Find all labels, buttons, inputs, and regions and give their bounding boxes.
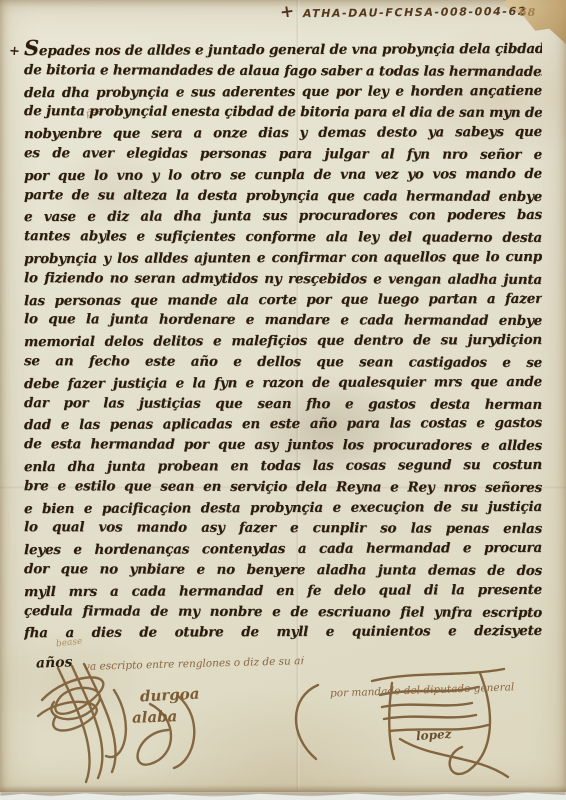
manuscript-scan: + ATHA-DAU-FCHSA-008-004-62 68 + p̃se be… [0,0,566,800]
manuscript-line: de bitoria e hermandades de alaua fago s… [24,60,542,83]
folio-number: 68 [519,6,536,19]
manuscript-line: probynçia y los alldes ajunten e confirm… [24,247,542,270]
archival-reference-code: ATHA-DAU-FCHSA-008-004-62 [303,5,527,20]
manuscript-line: las personas que mande ala corte por que… [24,288,542,311]
signature-left-word-2: alaba [132,707,178,727]
signature-left-word-1: durgoa [140,684,200,705]
manuscript-line: de esta hermandad por que asy juntos los… [24,434,542,457]
cross-mark-icon: + [279,1,296,23]
manuscript-line: parte de su alteza la desta probynçia qu… [24,185,542,208]
manuscript-line: myll mrs a cada hermandad en fe delo qua… [24,580,542,603]
manuscript-line: çedula firmada de my nonbre e de escriua… [24,601,542,624]
manuscript-line: lo que la junta hordenare e mandare e ca… [24,309,542,332]
margin-cross-icon: + [8,44,20,60]
manuscript-line: de junta probynçial enesta çibdad de bit… [24,101,542,124]
manuscript-line: dad e las penas aplicadas en este año pa… [24,413,542,436]
signature-right-name: lopez [416,727,452,743]
manuscript-line: lo qual vos mando asy fazer e cunplir so… [24,517,542,540]
manuscript-line: leyes e hordenanças contenydas a cada he… [24,538,542,561]
manuscript-line: debe fazer justiçia e la fyn e razon de … [24,372,542,395]
manuscript-line: enla dha junta probean en todas las cosa… [24,455,542,478]
manuscript-line: bre e estilo que sean en serviçio dela R… [24,476,542,499]
manuscript-line: Sepades nos de alldes e juntado general … [24,36,542,62]
manuscript-line: nobyenbre que sera a onze dias y demas d… [24,122,542,145]
manuscript-line: es de aver elegidas personas para julgar… [24,143,542,166]
manuscript-line: dar por las justiçias que sean fho e gas… [24,393,542,416]
manuscript-line: se an fecho este año e dellos que sean c… [24,351,542,374]
manuscript-text-block: Sepades nos de alldes e juntado general … [24,37,542,643]
manuscript-line: lo fiziendo no seran admytidos ny resçeb… [24,268,542,291]
manuscript-line: dela dha probynçia e sus aderentes que p… [24,80,542,103]
manuscript-line: e bien e pacificaçion desta probynçia e … [24,496,542,519]
manuscript-line: tantes abyles e sufiçientes conforme ala… [24,226,542,249]
manuscript-line: fha a dies de otubre de myll e quiniento… [24,621,542,644]
manuscript-line: e vase e diz ala dha junta sus procurado… [24,205,542,228]
manuscript-line: dor que no ynbiare e no benyere aladha j… [24,559,542,582]
signature-right-rubric [272,655,542,795]
manuscript-line: por que lo vno y lo otro se cunpla de vn… [24,164,542,187]
manuscript-line: memorial delos delitos e malefiçios que … [24,330,542,353]
